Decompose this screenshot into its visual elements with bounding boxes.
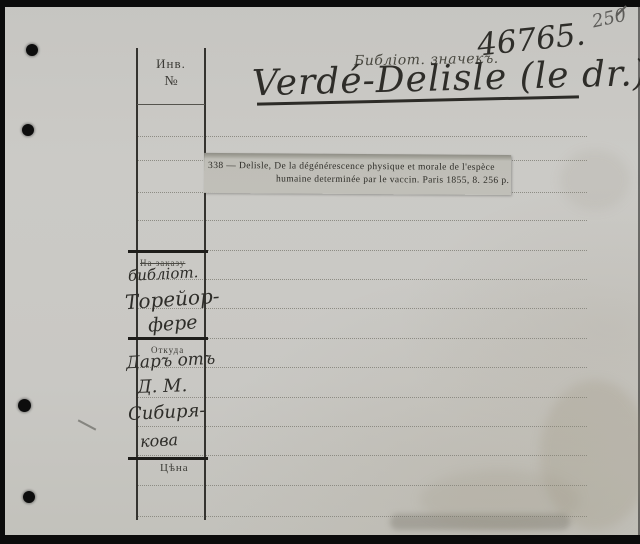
column-header-inv: Инв.	[137, 56, 205, 72]
stray-pencil-mark	[78, 419, 97, 430]
handwriting-surname-2: кова	[140, 430, 179, 451]
column-separator	[128, 250, 208, 253]
column-header-underline	[137, 104, 205, 105]
stain	[420, 470, 580, 530]
handwriting-name-2: фере	[147, 311, 198, 336]
punch-hole	[23, 491, 35, 503]
pasted-bibliography-clipping: 338 — Delisle, De la dégénérescence phys…	[204, 153, 511, 195]
handwriting-gift-from: Даръ отъ	[126, 349, 216, 374]
punch-hole	[18, 399, 31, 412]
column-separator	[128, 337, 208, 340]
catalog-card-scan: Инв. № На заказу библіот. Торейор- фере …	[0, 0, 640, 544]
frame-bottom	[0, 535, 640, 544]
clipping-line-2: humaine determinée par le vaccin. Paris …	[276, 173, 511, 187]
card-title-handwritten: Verdé-Delisle (le dr.).	[252, 53, 640, 105]
handwriting-bibliot: библіот.	[128, 263, 199, 285]
punch-hole	[22, 124, 34, 136]
column-header-number-sign: №	[137, 74, 205, 90]
punch-hole	[26, 44, 38, 56]
column-separator	[128, 457, 208, 460]
frame-left	[0, 0, 5, 544]
label-price: Цѣна	[160, 462, 189, 474]
handwriting-initials: Д. М.	[137, 375, 188, 398]
handwriting-surname-1: Сибиря-	[128, 400, 206, 425]
frame-top	[0, 0, 640, 7]
clipping-line-1: 338 — Delisle, De la dégénérescence phys…	[208, 160, 511, 174]
stain	[560, 150, 630, 210]
